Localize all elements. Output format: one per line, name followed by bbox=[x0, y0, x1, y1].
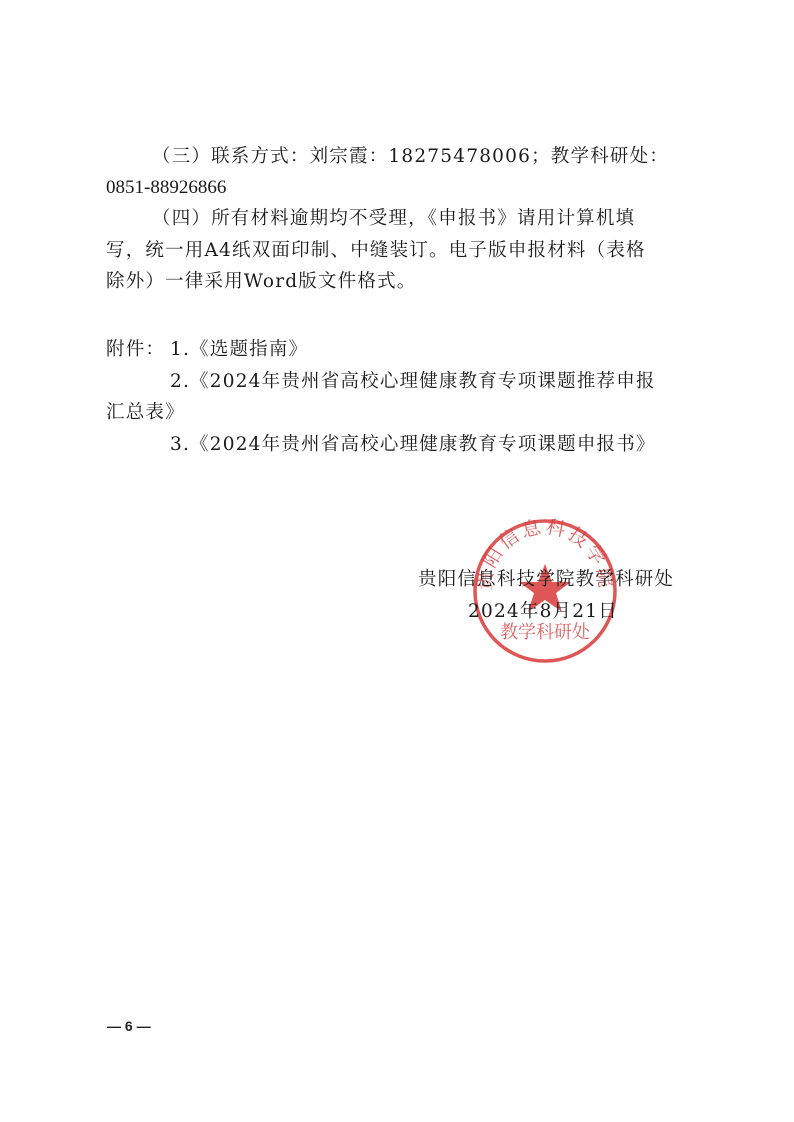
materials-paragraph-line1: （四）所有材料逾期均不受理，《申报书》请用计算机填 bbox=[152, 207, 635, 231]
attachment-item-2-continued: 汇总表》 bbox=[106, 401, 185, 425]
attachment-item-2: 2.《2024年贵州省高校心理健康教育专项课题推荐申报 bbox=[170, 370, 656, 394]
contact-paragraph-line2: 0851-88926866 bbox=[106, 176, 226, 200]
signature-date: 2024年8月21日 bbox=[468, 600, 618, 624]
materials-paragraph-line3: 除外）一律采用Word版文件格式。 bbox=[106, 270, 416, 294]
svg-text:教学科研处: 教学科研处 bbox=[500, 622, 590, 643]
attachment-item-3: 3.《2024年贵州省高校心理健康教育专项课题申报书》 bbox=[170, 433, 656, 457]
signature-organization: 贵阳信息科技学院教学科研处 bbox=[418, 568, 674, 592]
page-number: — 6 — bbox=[107, 1018, 151, 1034]
materials-paragraph-line2: 写，统一用A4纸双面印制、中缝装订。电子版申报材料（表格 bbox=[106, 239, 646, 263]
attachment-item-1: 1.《选题指南》 bbox=[170, 338, 308, 362]
contact-paragraph-line1: （三）联系方式：刘宗霞：18275478006；教学科研处： bbox=[152, 145, 669, 169]
attachments-label: 附件： bbox=[106, 338, 165, 362]
